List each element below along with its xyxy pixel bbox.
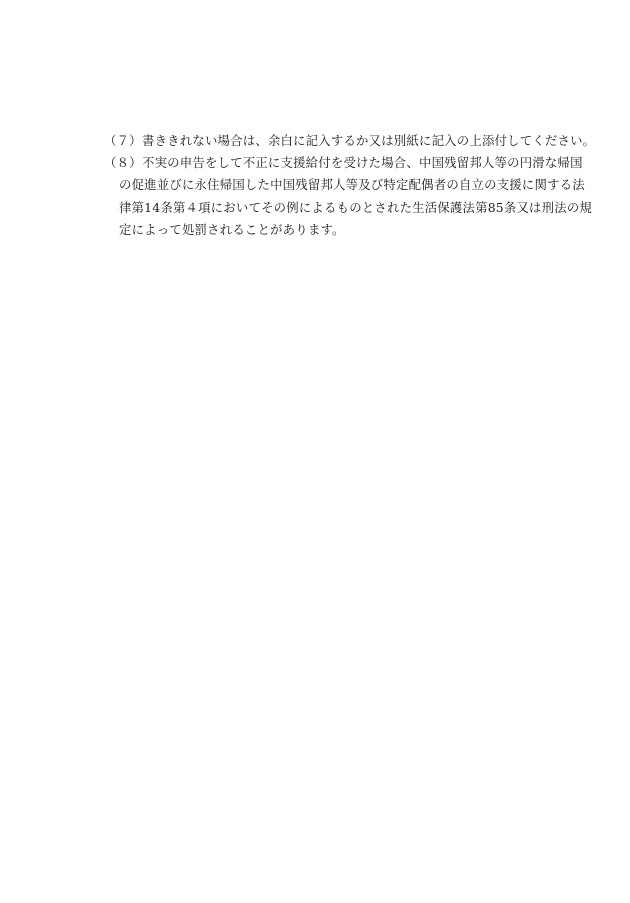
note-number: （８）	[104, 152, 142, 174]
note-line: 律第14条第４項においてその例によるものとされた生活保護法第85条又は刑法の規	[104, 197, 554, 219]
note-8: （８）不実の申告をして不正に支援給付を受けた場合、中国残留邦人等の円滑な帰国 の…	[104, 152, 554, 241]
note-text: 不実の申告をして不正に支援給付を受けた場合、中国残留邦人等の円滑な帰国	[142, 155, 583, 170]
note-text: 書ききれない場合は、余白に記入するか又は別紙に記入の上添付してください。	[142, 133, 595, 148]
note-line: の促進並びに永住帰国した中国残留邦人等及び特定配偶者の自立の支援に関する法	[104, 174, 554, 196]
note-line: 定によって処罰されることがあります。	[104, 219, 554, 241]
document-page: （７）書ききれない場合は、余白に記入するか又は別紙に記入の上添付してください。 …	[0, 0, 630, 903]
note-line: （８）不実の申告をして不正に支援給付を受けた場合、中国残留邦人等の円滑な帰国	[104, 152, 554, 174]
note-line: （７）書ききれない場合は、余白に記入するか又は別紙に記入の上添付してください。	[104, 130, 554, 152]
note-number: （７）	[104, 130, 142, 152]
note-7: （７）書ききれない場合は、余白に記入するか又は別紙に記入の上添付してください。	[104, 130, 554, 152]
